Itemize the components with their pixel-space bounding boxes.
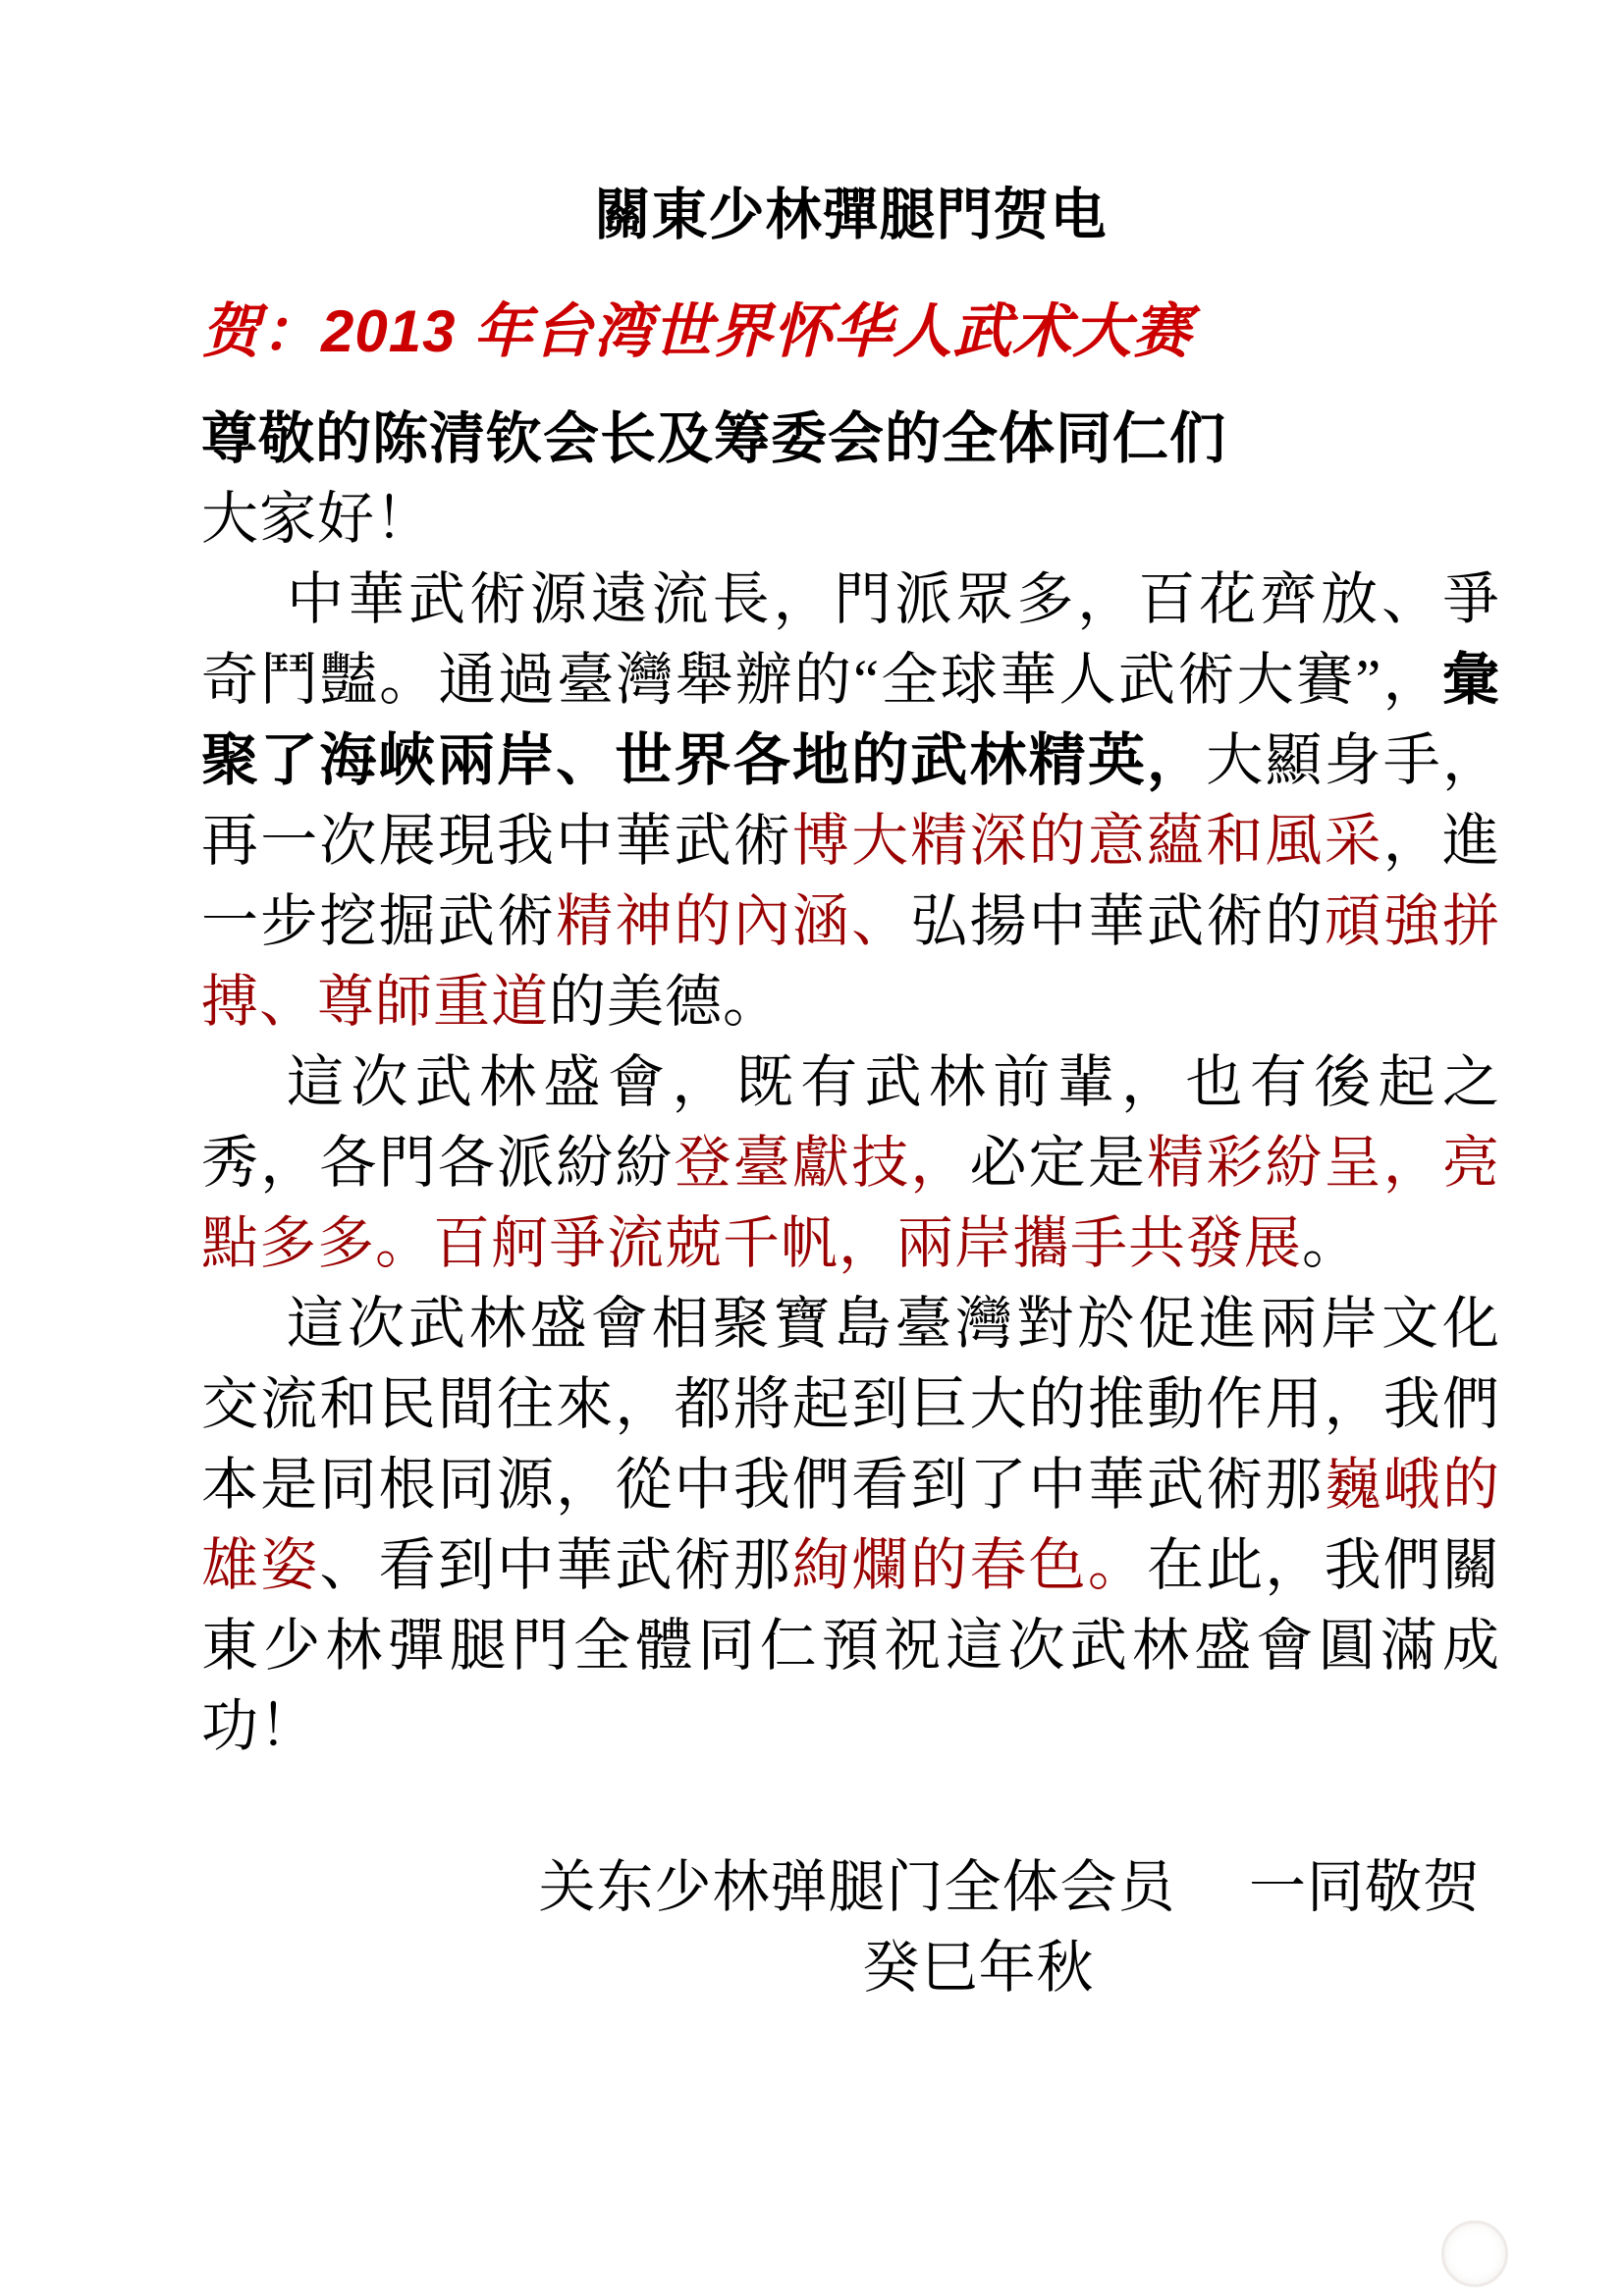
signature-line: 关东少林弹腿门全体会员 一同敬贺 bbox=[201, 1847, 1500, 1928]
text-run-normal: 弘揚中華武術的 bbox=[910, 889, 1324, 953]
text-run-normal: 、看到中華武術那 bbox=[319, 1533, 792, 1597]
text-run-red: 精神的內涵、 bbox=[556, 889, 910, 953]
congratulation-headline: 贺：2013 年台湾世界怀华人武术大赛 bbox=[201, 291, 1500, 373]
text-run-normal: 的美德。 bbox=[549, 970, 781, 1034]
greeting-line: 大家好！ bbox=[201, 479, 1500, 560]
text-run-red: 博大精深的意蘊和風采 bbox=[792, 809, 1383, 873]
body-paragraph-2: 這次武林盛會，既有武林前輩，也有後起之秀，各門各派紛紛登臺獻技，必定是精彩紛呈，… bbox=[201, 1042, 1500, 1284]
text-run-red: 絢爛的春色。 bbox=[792, 1533, 1147, 1597]
stamp-watermark bbox=[1441, 2220, 1508, 2287]
salutation-line: 尊敬的陈清钦会长及筹委会的全体同仁们 bbox=[201, 399, 1500, 479]
text-run-normal: 這次武林盛會相聚寶島臺灣對於促進兩岸文化交流和民間往來，都將起到巨大的推動作用，… bbox=[201, 1292, 1500, 1517]
document-content: 關東少林彈腿門贺电 贺：2013 年台湾世界怀华人武术大赛 尊敬的陈清钦会长及筹… bbox=[0, 0, 1624, 2008]
body-paragraph-3: 這次武林盛會相聚寶島臺灣對於促進兩岸文化交流和民間往來，都將起到巨大的推動作用，… bbox=[201, 1284, 1500, 1767]
document-page: 關東少林彈腿門贺电 贺：2013 年台湾世界怀华人武术大赛 尊敬的陈清钦会长及筹… bbox=[0, 0, 1624, 2296]
text-run-red: 登臺獻技， bbox=[675, 1131, 970, 1195]
document-title: 關東少林彈腿門贺电 bbox=[201, 175, 1500, 255]
body-paragraph-1: 中華武術源遠流長，門派眾多，百花齊放、爭奇鬥豔。通過臺灣舉辦的“全球華人武術大賽… bbox=[201, 560, 1500, 1042]
date-line: 癸巳年秋 bbox=[457, 1928, 1500, 2008]
text-run-normal: 。 bbox=[1302, 1211, 1360, 1275]
text-run-normal: 中華武術源遠流長，門派眾多，百花齊放、爭奇鬥豔。通過臺灣舉辦的“全球華人武術大賽… bbox=[201, 567, 1500, 712]
text-run-normal: 必定是 bbox=[969, 1131, 1147, 1195]
